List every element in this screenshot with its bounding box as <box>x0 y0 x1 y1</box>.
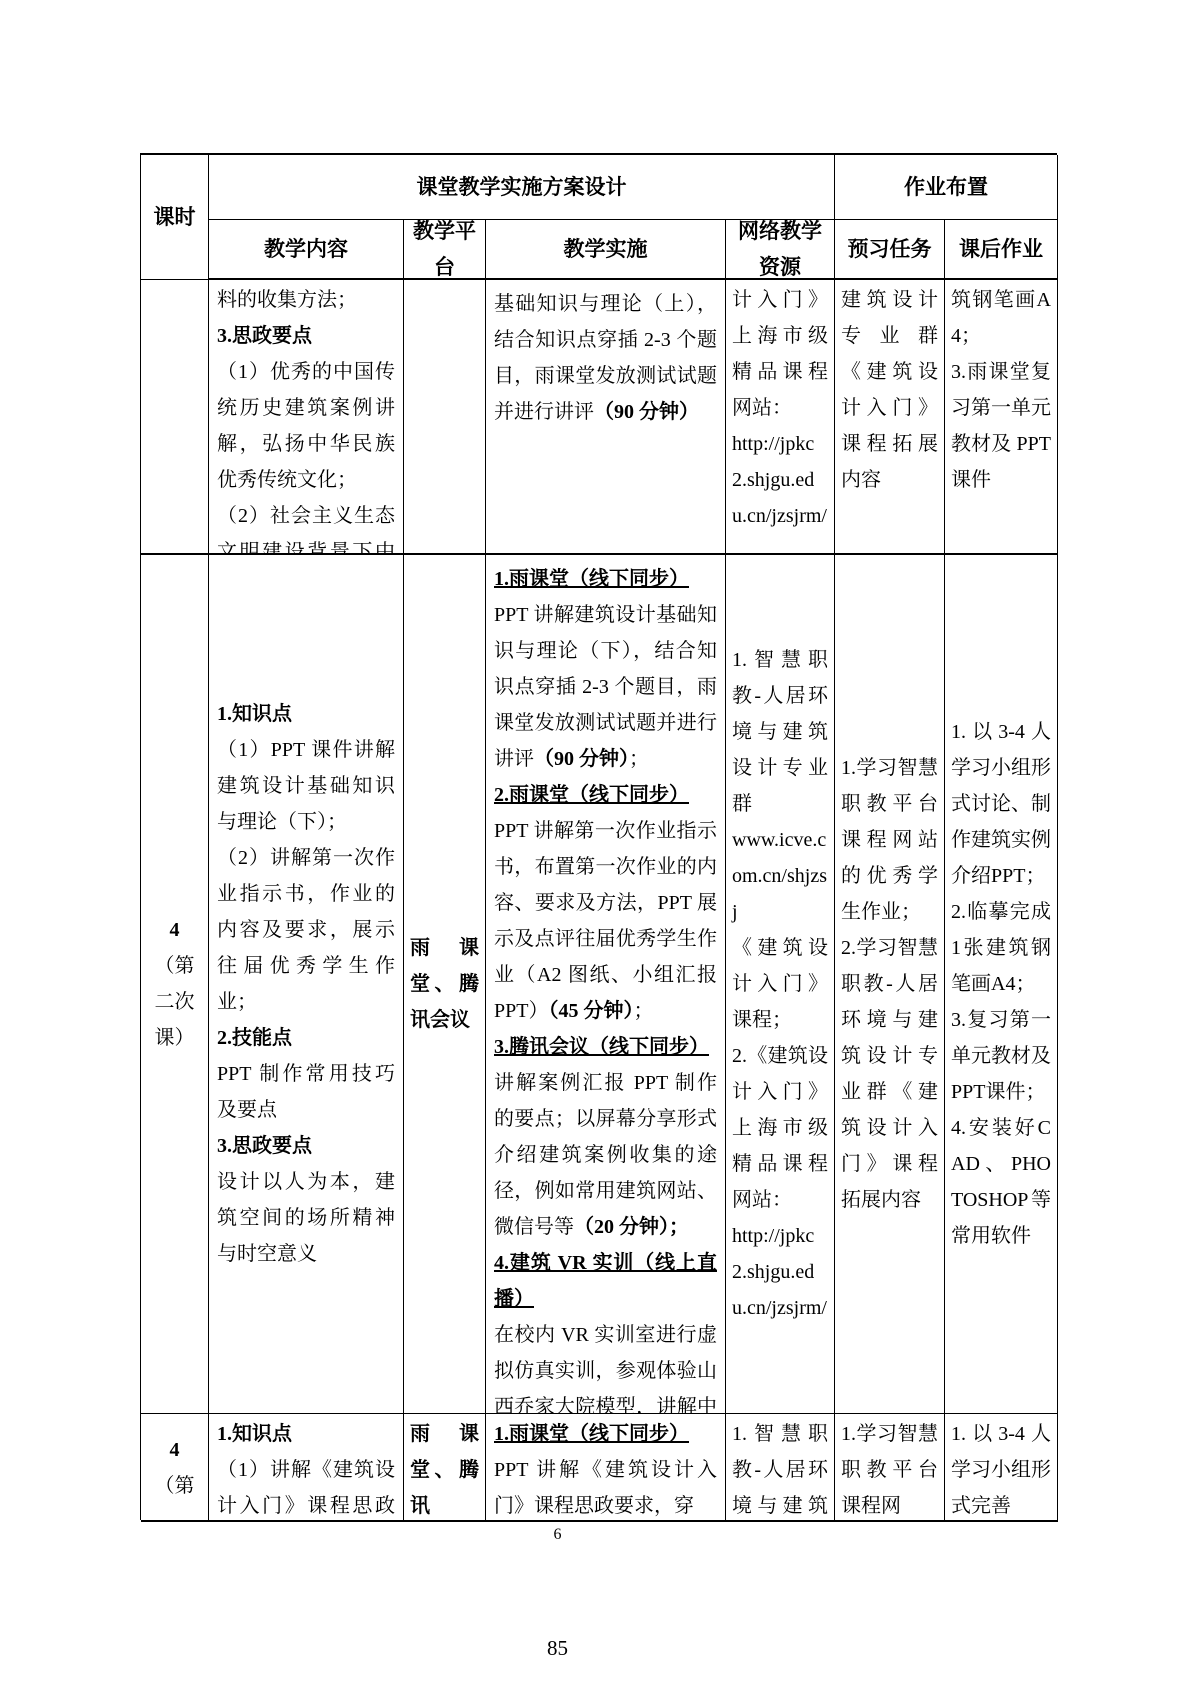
cell-r2-resources: 1.智慧职教-人居环境与建筑设计专业群 www.icve.com.cn/shjz… <box>726 555 835 1414</box>
impl-step-heading: 1.雨课堂（线下同步） <box>494 1416 717 1452</box>
header-resources: 网络教学资源 <box>726 220 835 280</box>
cell-r1-afterclass: 筑钢笔画A4； 3.雨课堂复习第一单元教材及 PPT 课件 <box>945 280 1058 555</box>
preview-text: 1.学习智慧职教平台课程网站的优秀学生作业； <box>841 750 938 930</box>
impl-step-heading: 3.腾讯会议（线下同步） <box>494 1029 717 1065</box>
header-homework-group: 作业布置 <box>835 155 1058 220</box>
resource-text: 1.智慧职教-人居环境与建筑设计专 <box>732 1416 828 1522</box>
header-design-group: 课堂教学实施方案设计 <box>209 155 835 220</box>
cell-r1-implementation: 基础知识与理论（上），结合知识点穿插 2-3 个题目，雨课堂发放测试试题并进行讲… <box>486 280 726 555</box>
lesson-plan-table: 课时 课堂教学实施方案设计 作业布置 教学内容 教学平台 教学实施 网络教学资源… <box>140 153 1057 1520</box>
impl-step-heading: 4.建筑 VR 实训（线上直播） <box>494 1245 717 1317</box>
afterclass-text: 1.以3-4人学习小组形式完善 <box>951 1416 1051 1522</box>
cell-r3-afterclass: 1.以3-4人学习小组形式完善 <box>945 1414 1058 1522</box>
cell-r3-platform: 雨课堂、腾讯 <box>404 1414 486 1522</box>
implementation-text-run: 在校内 VR 实训室进行虚拟仿真实训，参观体验山西乔家大院模型，讲解中华传统民居… <box>494 1324 717 1414</box>
resource-text: 计入门》上海市级精品课程网站： <box>732 282 828 426</box>
content-text: 料的收集方法； <box>217 282 395 318</box>
cell-r3-resources: 1.智慧职教-人居环境与建筑设计专 <box>726 1414 835 1522</box>
content-text: PPT 制作常用技巧及要点 <box>217 1056 395 1128</box>
impl-step-text: PPT 讲解建筑设计基础知识与理论（下），结合知识点穿插 2-3 个题目，雨课堂… <box>494 597 717 777</box>
content-text: （2）讲解第一次作业指示书，作业的内容及要求，展示往届优秀学生作业； <box>217 840 395 1020</box>
duration-text: （20 分钟）； <box>574 1216 689 1238</box>
page-number: 85 <box>0 1636 1115 1661</box>
resource-text: 2.《建筑设计入门》上海市级精品课程网站： <box>732 1038 828 1218</box>
impl-step-text: PPT 讲解第一次作业指示书，布置第一次作业的内容、要求及方法，PPT 展示及点… <box>494 813 717 1029</box>
afterclass-text: 筑钢笔画A4； <box>951 282 1051 354</box>
impl-step-text: 讲解案例汇报 PPT 制作的要点；以屏幕分享形式介绍建筑案例收集的途径，例如常用… <box>494 1065 717 1245</box>
afterclass-text: 1.以3-4人学习小组形式讨论、制作建筑实例介绍PPT； <box>951 714 1051 894</box>
resource-url: http://jpkc2.shjgu.edu.cn/jzsjrm/ <box>732 426 828 534</box>
content-section-heading: 1.知识点 <box>217 696 395 732</box>
resource-text: 1.智慧职教-人居环境与建筑设计专业群 <box>732 642 828 822</box>
cell-r2-preview: 1.学习智慧职教平台课程网站的优秀学生作业； 2.学习智慧职教-人居环境与建筑设… <box>835 555 945 1414</box>
header-content: 教学内容 <box>209 220 404 280</box>
cell-r1-platform <box>404 280 486 555</box>
cell-r2-implementation: 1.雨课堂（线下同步） PPT 讲解建筑设计基础知识与理论（下），结合知识点穿插… <box>486 555 726 1414</box>
cell-r2-afterclass: 1.以3-4人学习小组形式讨论、制作建筑实例介绍PPT； 2.临摹完成1张建筑钢… <box>945 555 1058 1414</box>
cell-r2-content: 1.知识点 （1）PPT 课件讲解建筑设计基础知识与理论（下）； （2）讲解第一… <box>209 555 404 1414</box>
duration-text: （90 分钟） <box>534 748 629 770</box>
content-text: 设计以人为本，建筑空间的场所精神与时空意义 <box>217 1164 395 1272</box>
keshi-number: 4 <box>149 912 200 948</box>
implementation-text-run: 讲解案例汇报 PPT 制作的要点；以屏幕分享形式介绍建筑案例收集的途径，例如常用… <box>494 1072 717 1238</box>
resource-url: www.icve.com.cn/shjzsj <box>732 822 828 930</box>
embedded-page-number: 6 <box>0 1526 1115 1544</box>
keshi-label: （第二次课） <box>149 948 200 1056</box>
afterclass-text: 2.临摹完成1张建筑钢笔画A4； <box>951 894 1051 1002</box>
content-section-heading: 2.技能点 <box>217 1020 395 1056</box>
duration-text: （45 分钟） <box>548 1000 633 1022</box>
preview-text: 1.学习智慧职教平台课程网 <box>841 1416 938 1522</box>
content-text: （1）PPT 课件讲解建筑设计基础知识与理论（下）； <box>217 732 395 840</box>
header-keshi: 课时 <box>141 155 209 280</box>
afterclass-text: 3.复习第一单元教材及PPT课件； <box>951 1002 1051 1110</box>
implementation-text-run: PPT 讲解建筑设计基础知识与理论（下），结合知识点穿插 2-3 个题目，雨课堂… <box>494 604 717 770</box>
implementation-text-run: ； <box>629 748 649 770</box>
impl-step-heading: 2.雨课堂（线下同步） <box>494 777 717 813</box>
cell-r3-preview: 1.学习智慧职教平台课程网 <box>835 1414 945 1522</box>
keshi-label: （第 <box>149 1468 200 1504</box>
cell-r3-content: 1.知识点 （1）讲解《建筑设计入门》课程思政要求； <box>209 1414 404 1522</box>
header-afterclass: 课后作业 <box>945 220 1058 280</box>
impl-step-text: 在校内 VR 实训室进行虚拟仿真实训，参观体验山西乔家大院模型，讲解中华传统民居… <box>494 1317 717 1414</box>
content-section-heading: 3.思政要点 <box>217 1128 395 1164</box>
content-section-heading: 1.知识点 <box>217 1416 395 1452</box>
cell-r2-keshi: 4 （第二次课） <box>141 555 209 1414</box>
keshi-number: 4 <box>149 1432 200 1468</box>
implementation-text-run: ； <box>633 1000 653 1022</box>
cell-r1-preview: 建筑设计专业群《建筑设计入门》课程拓展内容 <box>835 280 945 555</box>
impl-step-text: PPT 讲解《建筑设计入门》课程思政要求，穿 <box>494 1452 717 1522</box>
resource-url: http://jpkc2.shjgu.edu.cn/jzsjrm/ <box>732 1218 828 1326</box>
cell-r1-resources: 计入门》上海市级精品课程网站： http://jpkc2.shjgu.edu.c… <box>726 280 835 555</box>
preview-text: 2.学习智慧职教-人居环境与建筑设计专业群《建筑设计入门》课程拓展内容 <box>841 930 938 1218</box>
content-section-heading: 3.思政要点 <box>217 318 395 354</box>
platform-text: 雨课堂、腾讯会议 <box>410 930 479 1038</box>
header-platform: 教学平台 <box>404 220 486 280</box>
afterclass-text: 3.雨课堂复习第一单元教材及 PPT 课件 <box>951 354 1051 498</box>
cell-r1-keshi <box>141 280 209 555</box>
platform-text: 雨课堂、腾讯 <box>410 1416 479 1522</box>
implementation-text: 基础知识与理论（上），结合知识点穿插 2-3 个题目，雨课堂发放测试试题并进行讲… <box>494 286 717 430</box>
impl-step-heading: 1.雨课堂（线下同步） <box>494 561 717 597</box>
afterclass-text: 4.安装好CAD、PHOTOSHOP等常用软件 <box>951 1110 1051 1254</box>
resource-text: 《建筑设计入门》课程； <box>732 930 828 1038</box>
header-implementation: 教学实施 <box>486 220 726 280</box>
duration-text: （90 分钟） <box>594 401 699 423</box>
cell-r2-platform: 雨课堂、腾讯会议 <box>404 555 486 1414</box>
implementation-text-run: PPT 讲解第一次作业指示书，布置第一次作业的内容、要求及方法，PPT 展示及点… <box>494 820 717 1022</box>
header-preview: 预习任务 <box>835 220 945 280</box>
content-text: （1）讲解《建筑设计入门》课程思政要求； <box>217 1452 395 1522</box>
cell-r3-implementation: 1.雨课堂（线下同步） PPT 讲解《建筑设计入门》课程思政要求，穿 <box>486 1414 726 1522</box>
content-text: （2）社会主义生态文明建设背景下中国绿色建筑的发展 <box>217 498 395 555</box>
preview-text: 建筑设计专业群《建筑设计入门》课程拓展内容 <box>841 282 938 498</box>
content-text: （1）优秀的中国传统历史建筑案例讲解，弘扬中华民族优秀传统文化； <box>217 354 395 498</box>
cell-r3-keshi: 4 （第 <box>141 1414 209 1522</box>
cell-r1-content: 料的收集方法； 3.思政要点 （1）优秀的中国传统历史建筑案例讲解，弘扬中华民族… <box>209 280 404 555</box>
